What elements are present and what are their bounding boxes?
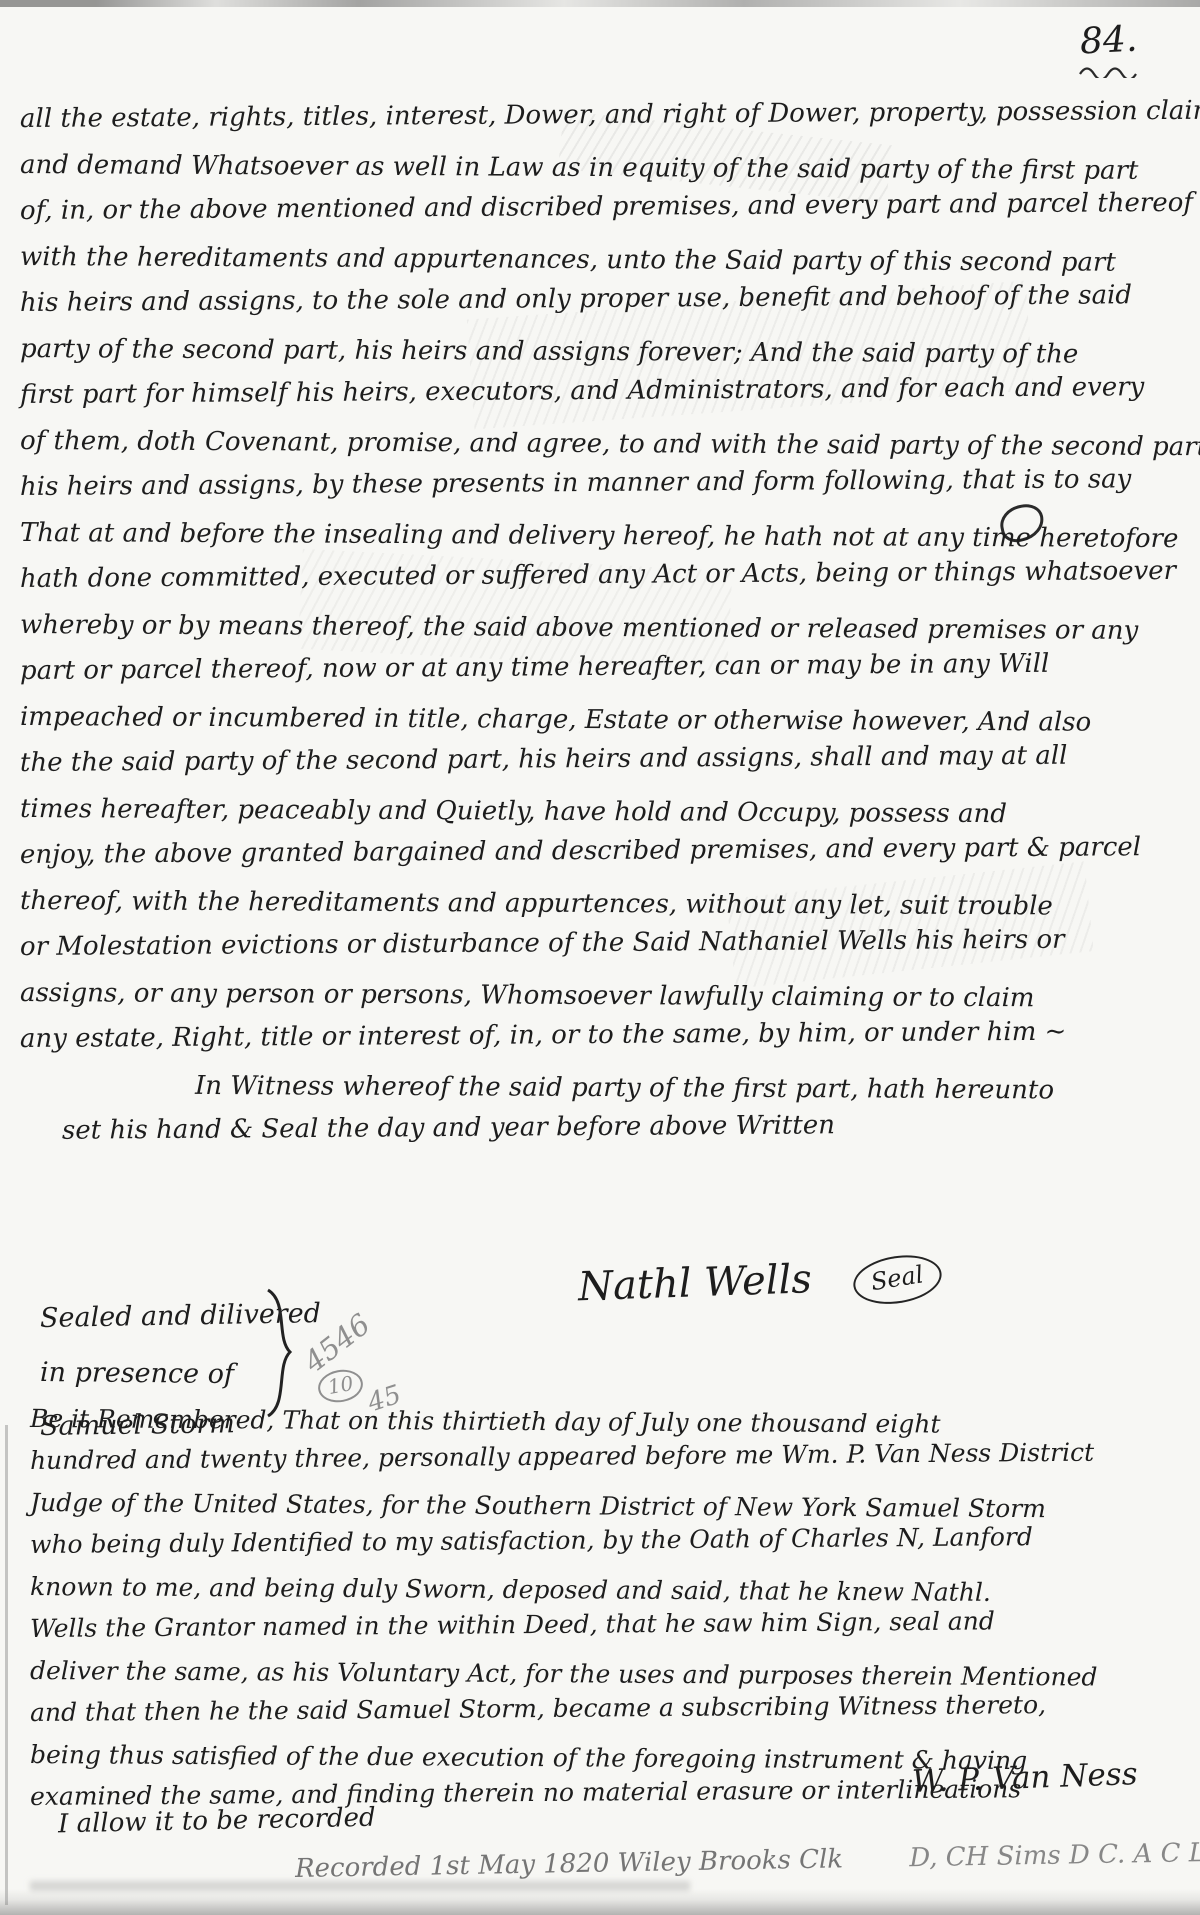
scan-smudge-top — [0, 0, 1200, 7]
deed-line: all the estate, rights, titles, interest… — [20, 88, 1188, 142]
deed-line: his heirs and assigns, to the sole and o… — [20, 272, 1188, 326]
deed-line: first part for himself his heirs, execut… — [20, 364, 1188, 418]
ack-line: Wells the Grantor named in the within De… — [30, 1599, 1190, 1650]
acknowledgment-paragraph: Be it Remembered, That on this thirtieth… — [30, 1398, 1190, 1818]
witness-clause-line: set his hand & Seal the day and year bef… — [20, 1100, 1188, 1154]
page-number: 84. — [1079, 19, 1138, 63]
scanned-deed-page: 84. all the estate, rights, titles, inte… — [0, 0, 1200, 1915]
deed-line: enjoy, the above granted bargained and d… — [20, 824, 1188, 878]
grantor-signature: Nathl Wells — [577, 1256, 812, 1310]
deed-line: hath done committed, executed or suffere… — [20, 548, 1188, 602]
allow-note: I allow it to be recorded — [58, 1803, 376, 1840]
deed-line: or Molestation evictions or disturbance … — [20, 916, 1188, 970]
signature-row: Nathl Wells Seal — [577, 1252, 942, 1314]
seal-badge: Seal — [849, 1249, 944, 1309]
recorded-line: Recorded 1st May 1820 Wiley Brooks Clk — [295, 1844, 844, 1884]
page-number-flourish-icon — [1078, 62, 1144, 82]
ack-line: who being duly Identified to my satisfac… — [30, 1515, 1190, 1566]
deed-line: any estate, Right, title or interest of,… — [20, 1008, 1188, 1062]
deed-paragraph: all the estate, rights, titles, interest… — [20, 96, 1188, 1154]
ack-line: hundred and twenty three, personally app… — [30, 1431, 1190, 1482]
scan-smudge-bottom — [0, 1889, 1200, 1915]
deed-line: his heirs and assigns, by these presents… — [20, 456, 1188, 510]
recording-note: Recorded 1st May 1820 Wiley Brooks Clk D… — [295, 1838, 1200, 1884]
deed-line: of, in, or the above mentioned and discr… — [20, 180, 1188, 234]
ack-line: and that then he the said Samuel Storm, … — [30, 1683, 1190, 1734]
deed-line: the the said party of the second part, h… — [20, 732, 1188, 786]
clerk-initials: D, CH Sims D C. A C L — [909, 1838, 1200, 1873]
deed-line: part or parcel thereof, now or at any ti… — [20, 640, 1188, 694]
scan-edge-artifact — [5, 1425, 8, 1905]
